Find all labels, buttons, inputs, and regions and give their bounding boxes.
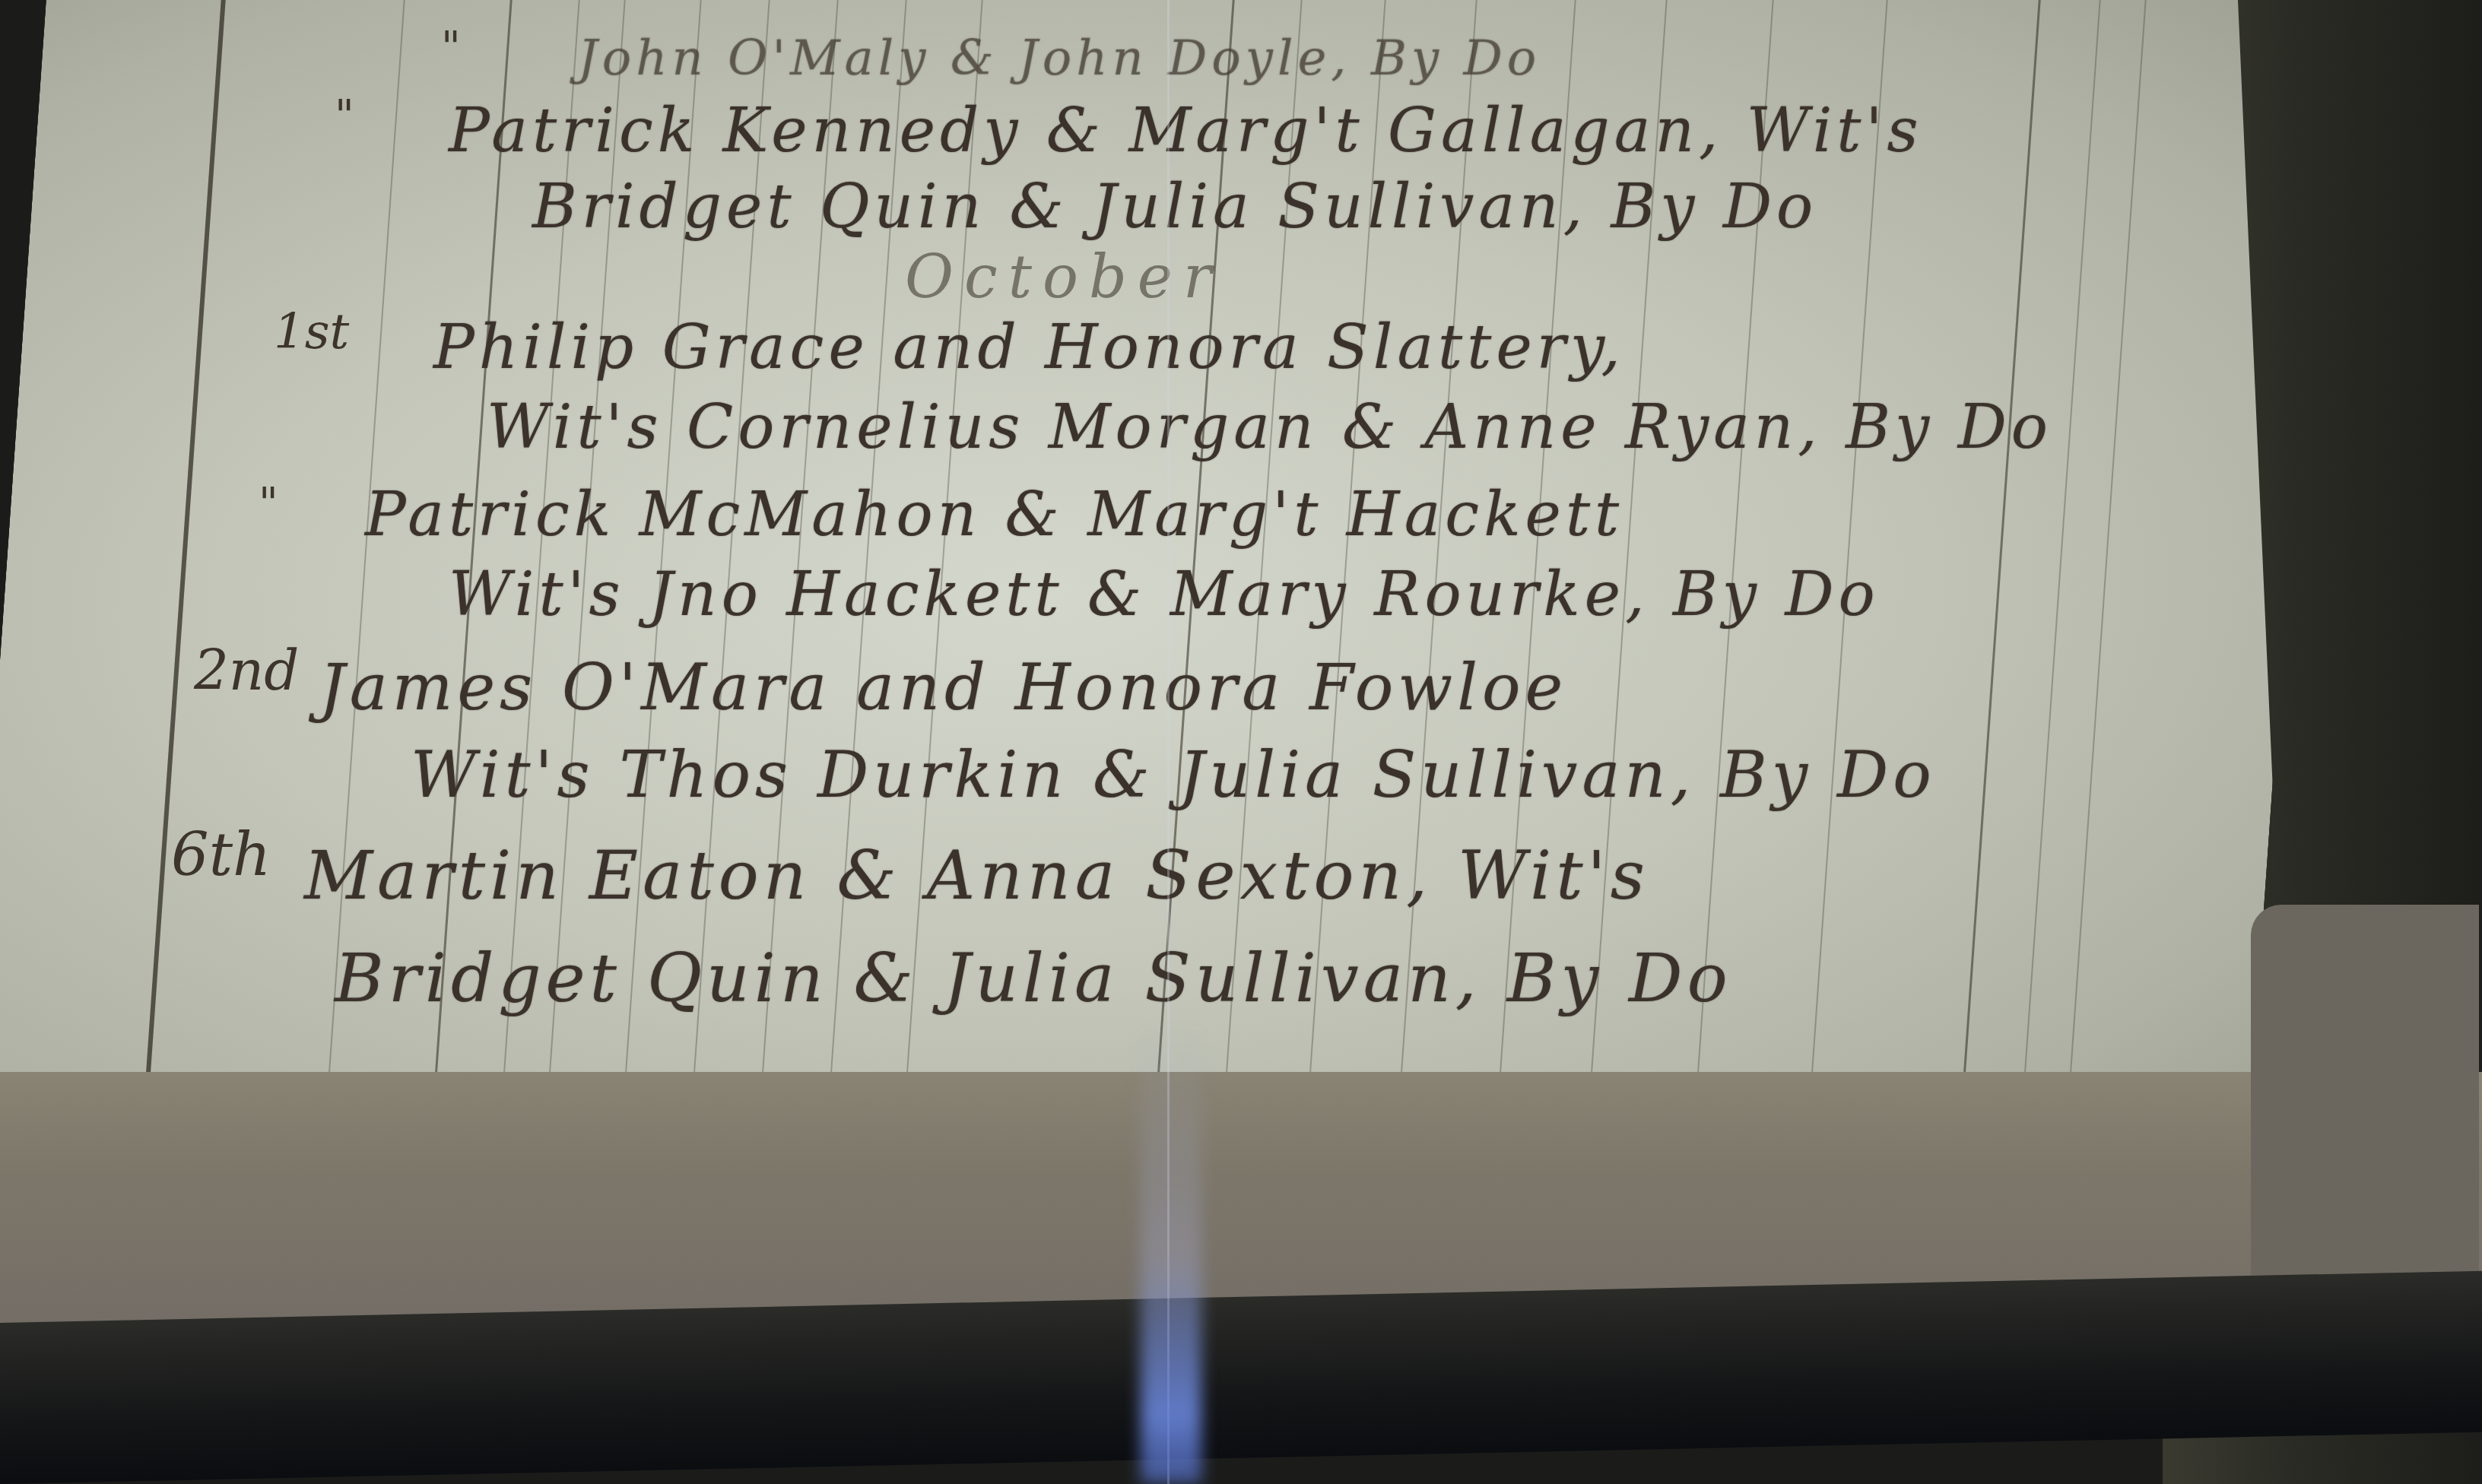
ruling-line <box>2023 0 2102 1095</box>
entry-witnesses-line: Bridget Quin & Julia Sullivan, By Do <box>532 171 1817 242</box>
right-margin-rule <box>1962 0 2042 1095</box>
entry-witnesses-line: Wit's Jno Hackett & Mary Rourke, By Do <box>449 559 1880 629</box>
entry-witnesses-line: Wit's Thos Durkin & Julia Sullivan, By D… <box>411 737 1936 812</box>
entry-witnesses-line: Bridget Quin & Julia Sullivan, By Do <box>335 939 1732 1017</box>
margin-rule <box>144 0 227 1095</box>
ruling-line <box>2068 0 2147 1095</box>
ditto-mark: " <box>259 479 278 528</box>
entry-date: 2nd <box>194 639 299 702</box>
entry-date: 6th <box>171 821 271 889</box>
entry-witnesses-line: Wit's Cornelius Morgan & Anne Ryan, By D… <box>487 392 2052 462</box>
entry-date: 1st <box>274 304 349 360</box>
entry-groom-bride-line: Philip Grace and Honora Slattery, <box>433 312 1625 382</box>
reader-shadow-corner <box>2251 905 2479 1323</box>
month-heading: October <box>905 243 1222 312</box>
blue-light-flare <box>1141 1026 1201 1484</box>
ditto-mark: " <box>335 91 354 141</box>
entry-groom-bride-line: Martin Eaton & Anna Sexton, Wit's <box>304 836 1649 915</box>
microfilm-reader-photo: " John O'Maly & John Doyle, By Do " Patr… <box>0 0 2482 1484</box>
entry-line: John O'Maly & John Doyle, By Do <box>578 30 1541 87</box>
entry-groom-bride-line: Patrick McMahon & Marg't Hackett <box>365 479 1623 550</box>
ditto-mark: " <box>441 23 461 72</box>
entry-groom-bride-line: James O'Mara and Honora Fowloe <box>319 650 1567 725</box>
entry-groom-bride-line: Patrick Kennedy & Marg't Gallagan, Wit's <box>449 95 1922 166</box>
